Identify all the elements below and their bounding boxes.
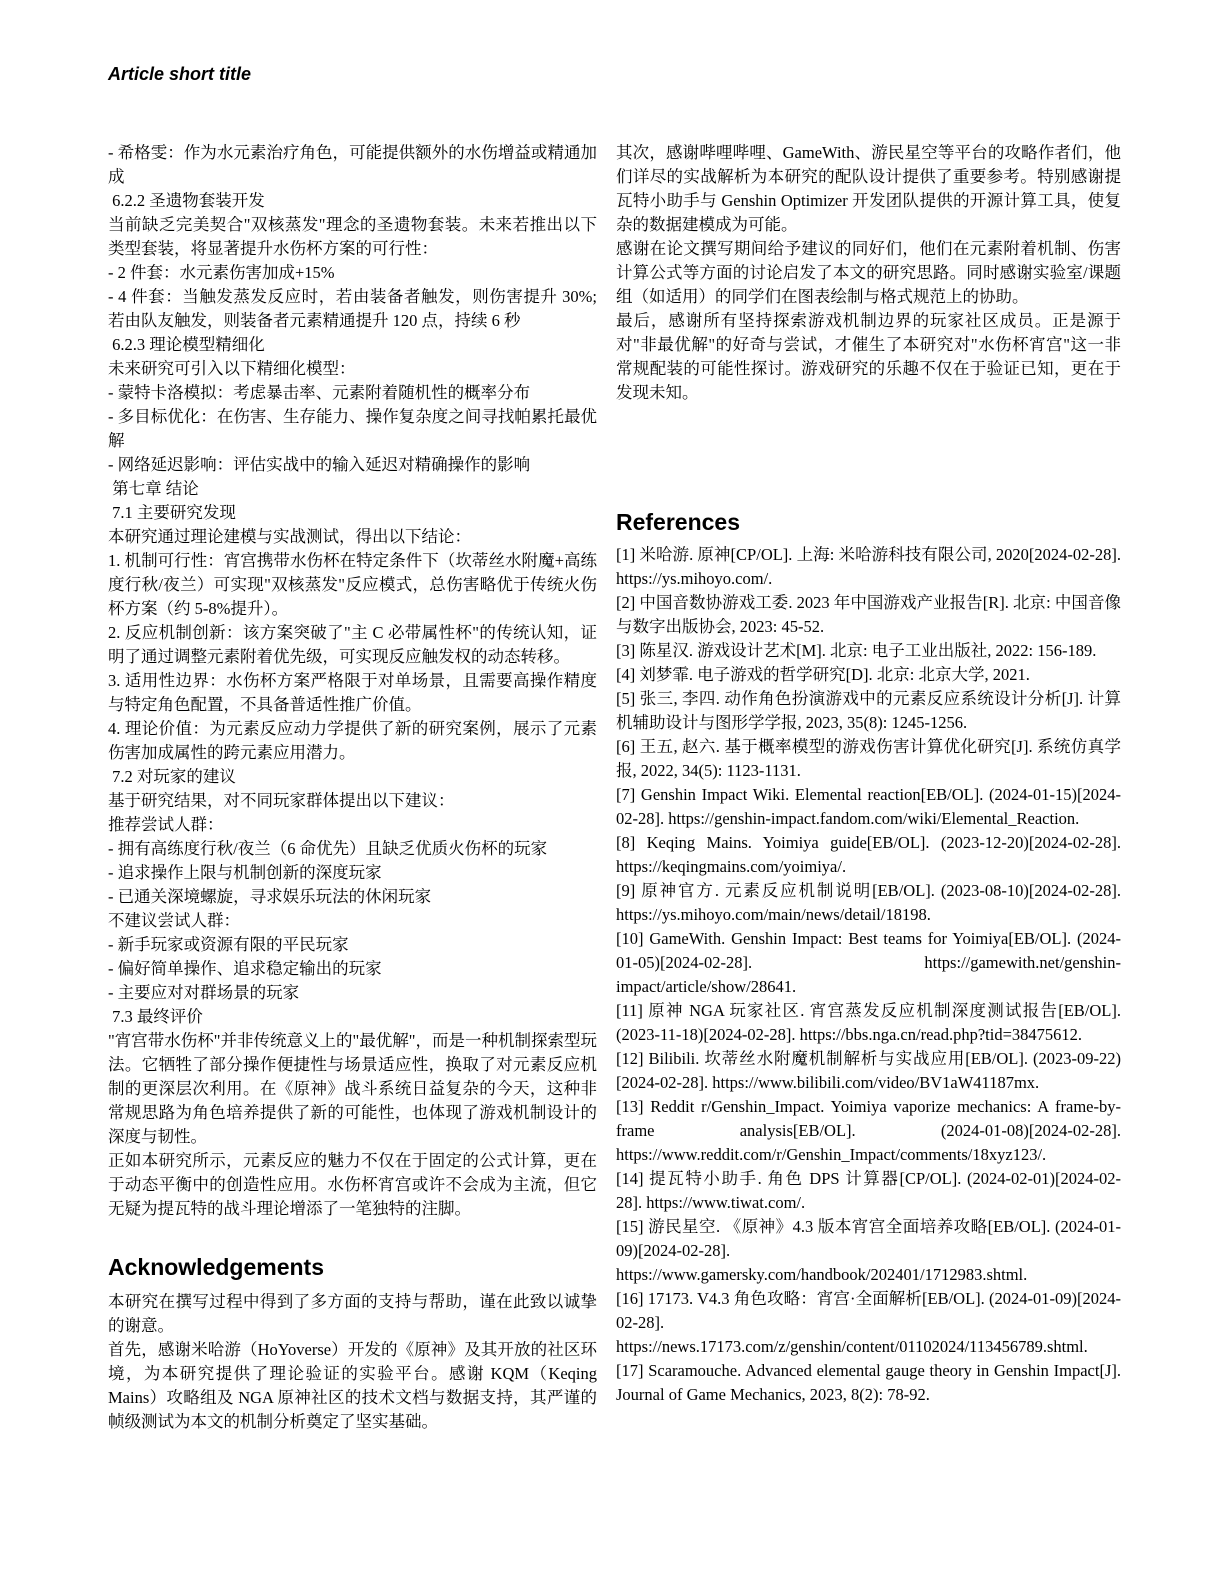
paragraph: 7.1 主要研究发现 — [108, 501, 597, 525]
reference-item: [14] 提瓦特小助手. 角色 DPS 计算器[CP/OL]. (2024-02… — [616, 1167, 1121, 1215]
paragraph: - 2 件套：水元素伤害加成+15% — [108, 261, 597, 285]
reference-item: [7] Genshin Impact Wiki. Elemental react… — [616, 783, 1121, 831]
paragraph: 6.2.2 圣遗物套装开发 — [108, 189, 597, 213]
paragraph: "宵宫带水伤杯"并非传统意义上的"最优解"，而是一种机制探索型玩法。它牺牲了部分… — [108, 1029, 597, 1149]
reference-item: [17] Scaramouche. Advanced elemental gau… — [616, 1359, 1121, 1407]
reference-item: [12] Bilibili. 坎蒂丝水附魔机制解析与实战应用[EB/OL]. (… — [616, 1047, 1121, 1095]
running-head-short-title: Article short title — [108, 64, 251, 85]
document-page: Article short title - 希格雯：作为水元素治疗角色，可能提供… — [0, 0, 1224, 1582]
right-column: 其次，感谢哔哩哔哩、GameWith、游民星空等平台的攻略作者们，他们详尽的实战… — [616, 141, 1121, 1407]
paragraph: 7.2 对玩家的建议 — [108, 765, 597, 789]
paragraph: - 蒙特卡洛模拟：考虑暴击率、元素附着随机性的概率分布 — [108, 381, 597, 405]
paragraph: 本研究通过理论建模与实战测试，得出以下结论： — [108, 525, 597, 549]
reference-item: [5] 张三, 李四. 动作角色扮演游戏中的元素反应系统设计分析[J]. 计算机… — [616, 687, 1121, 735]
paragraph: 首先，感谢米哈游（HoYoverse）开发的《原神》及其开放的社区环境，为本研究… — [108, 1338, 597, 1434]
paragraph: 当前缺乏完美契合"双核蒸发"理念的圣遗物套装。未来若推出以下类型套装，将显著提升… — [108, 213, 597, 261]
reference-item: [3] 陈星汉. 游戏设计艺术[M]. 北京: 电子工业出版社, 2022: 1… — [616, 639, 1121, 663]
reference-item: [4] 刘梦霏. 电子游戏的哲学研究[D]. 北京: 北京大学, 2021. — [616, 663, 1121, 687]
reference-item: [13] Reddit r/Genshin_Impact. Yoimiya va… — [616, 1095, 1121, 1167]
paragraph: 推荐尝试人群： — [108, 813, 597, 837]
paragraph: 1. 机制可行性：宵宫携带水伤杯在特定条件下（坎蒂丝水附魔+高练度行秋/夜兰）可… — [108, 549, 597, 621]
paragraph: - 拥有高练度行秋/夜兰（6 命优先）且缺乏优质火伤杯的玩家 — [108, 837, 597, 861]
paragraph: 第七章 结论 — [108, 477, 597, 501]
paragraph: 2. 反应机制创新：该方案突破了"主 C 必带属性杯"的传统认知，证明了通过调整… — [108, 621, 597, 669]
left-column-body: - 希格雯：作为水元素治疗角色，可能提供额外的水伤增益或精通加成 6.2.2 圣… — [108, 141, 597, 1221]
reference-item: [11] 原神 NGA 玩家社区. 宵宫蒸发反应机制深度测试报告[EB/OL].… — [616, 999, 1121, 1047]
paragraph: 感谢在论文撰写期间给予建议的同好们，他们在元素附着机制、伤害计算公式等方面的讨论… — [616, 237, 1121, 309]
reference-item: [1] 米哈游. 原神[CP/OL]. 上海: 米哈游科技有限公司, 2020[… — [616, 543, 1121, 591]
reference-item: [9] 原神官方. 元素反应机制说明[EB/OL]. (2023-08-10)[… — [616, 879, 1121, 927]
paragraph: 基于研究结果，对不同玩家群体提出以下建议： — [108, 789, 597, 813]
paragraph: 未来研究可引入以下精细化模型： — [108, 357, 597, 381]
reference-item: [15] 游民星空. 《原神》4.3 版本宵宫全面培养攻略[EB/OL]. (2… — [616, 1215, 1121, 1287]
paragraph: 本研究在撰写过程中得到了多方面的支持与帮助，谨在此致以诚挚的谢意。 — [108, 1290, 597, 1338]
acknowledgements-body-left: 本研究在撰写过程中得到了多方面的支持与帮助，谨在此致以诚挚的谢意。首先，感谢米哈… — [108, 1290, 597, 1434]
acknowledgements-body-right: 其次，感谢哔哩哔哩、GameWith、游民星空等平台的攻略作者们，他们详尽的实战… — [616, 141, 1121, 405]
paragraph: 7.3 最终评价 — [108, 1005, 597, 1029]
paragraph: - 新手玩家或资源有限的平民玩家 — [108, 933, 597, 957]
acknowledgements-heading: Acknowledgements — [108, 1253, 597, 1281]
paragraph: 3. 适用性边界：水伤杯方案严格限于对单场景，且需要高操作精度与特定角色配置，不… — [108, 669, 597, 717]
paragraph: - 已通关深境螺旋，寻求娱乐玩法的休闲玩家 — [108, 885, 597, 909]
references-list: [1] 米哈游. 原神[CP/OL]. 上海: 米哈游科技有限公司, 2020[… — [616, 543, 1121, 1407]
paragraph: 6.2.3 理论模型精细化 — [108, 333, 597, 357]
reference-item: [8] Keqing Mains. Yoimiya guide[EB/OL]. … — [616, 831, 1121, 879]
paragraph: 正如本研究所示，元素反应的魅力不仅在于固定的公式计算，更在于动态平衡中的创造性应… — [108, 1149, 597, 1221]
paragraph: 其次，感谢哔哩哔哩、GameWith、游民星空等平台的攻略作者们，他们详尽的实战… — [616, 141, 1121, 237]
paragraph: 不建议尝试人群： — [108, 909, 597, 933]
paragraph: - 追求操作上限与机制创新的深度玩家 — [108, 861, 597, 885]
reference-item: [16] 17173. V4.3 角色攻略：宵宫·全面解析[EB/OL]. (2… — [616, 1287, 1121, 1359]
paragraph: 4. 理论价值：为元素反应动力学提供了新的研究案例，展示了元素伤害加成属性的跨元… — [108, 717, 597, 765]
reference-item: [10] GameWith. Genshin Impact: Best team… — [616, 927, 1121, 999]
paragraph: - 多目标优化：在伤害、生存能力、操作复杂度之间寻找帕累托最优解 — [108, 405, 597, 453]
paragraph: - 偏好简单操作、追求稳定输出的玩家 — [108, 957, 597, 981]
reference-item: [6] 王五, 赵六. 基于概率模型的游戏伤害计算优化研究[J]. 系统仿真学报… — [616, 735, 1121, 783]
references-heading: References — [616, 508, 1121, 536]
reference-item: [2] 中国音数协游戏工委. 2023 年中国游戏产业报告[R]. 北京: 中国… — [616, 591, 1121, 639]
paragraph: - 希格雯：作为水元素治疗角色，可能提供额外的水伤增益或精通加成 — [108, 141, 597, 189]
left-column: - 希格雯：作为水元素治疗角色，可能提供额外的水伤增益或精通加成 6.2.2 圣… — [108, 141, 597, 1434]
paragraph: - 4 件套：当触发蒸发反应时，若由装备者触发，则伤害提升 30%;若由队友触发… — [108, 285, 597, 333]
paragraph: - 主要应对对群场景的玩家 — [108, 981, 597, 1005]
paragraph: - 网络延迟影响：评估实战中的输入延迟对精确操作的影响 — [108, 453, 597, 477]
paragraph: 最后，感谢所有坚持探索游戏机制边界的玩家社区成员。正是源于对"非最优解"的好奇与… — [616, 309, 1121, 405]
